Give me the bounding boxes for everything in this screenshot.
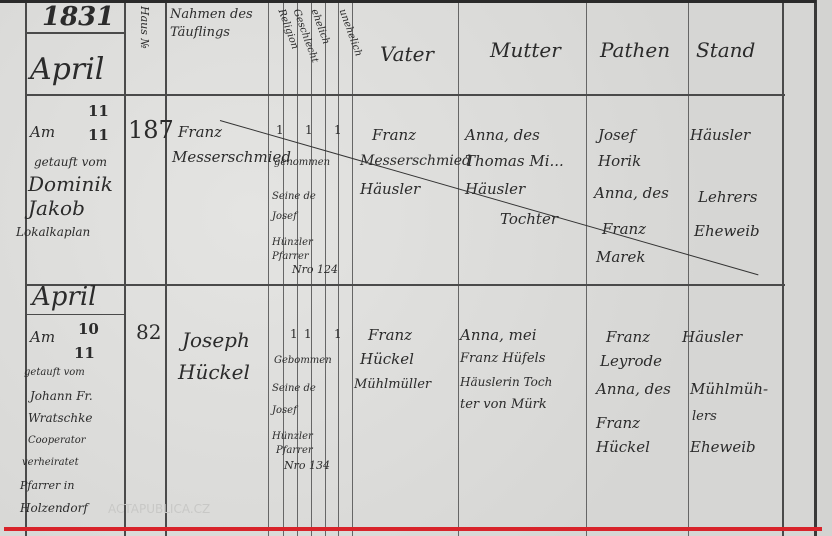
entry1-status-1: Lehrers [698, 190, 757, 205]
rule-date-right [124, 0, 126, 536]
entry1-baptized-by-0: Dominik [28, 174, 113, 194]
entry2-baptized-by-label: getauft vom [24, 368, 85, 378]
entry2-father-1: Hückel [360, 352, 414, 367]
rule-left [25, 0, 27, 536]
entry2-status-2: lers [692, 410, 717, 423]
entry2-mark-2: 1 [304, 328, 312, 340]
rule-status-right [782, 0, 784, 536]
annotation-underline [4, 527, 822, 531]
entry2-status-0: Häusler [682, 330, 742, 345]
entry2-month: April [32, 284, 96, 310]
entry1-house-no: 187 [128, 118, 174, 142]
entry2-godparents-2: Anna, des [596, 382, 671, 397]
entry2-house-no: 82 [136, 322, 161, 342]
entry1-mother-1: Thomas Mi... [465, 154, 564, 169]
entry1-godparents-2: Anna, des [594, 186, 669, 201]
entry1-note-3: Hünzler [272, 238, 313, 248]
entry1-baptized-by-2: Lokalkaplan [16, 226, 90, 238]
entry1-day-born: 11 [88, 104, 109, 119]
entry2-status-1: Mühlmüh- [690, 382, 768, 397]
entry2-mother-2: Häuslerin Toch [460, 376, 552, 388]
entry2-note-2: Josef [272, 406, 297, 416]
entry2-baptized-by-1: Wratschke [28, 412, 93, 424]
entry1-note-5: Nro 124 [292, 264, 338, 275]
rule-top [0, 0, 816, 3]
entry1-father-2: Häusler [360, 182, 420, 197]
entry2-day-born: 10 [78, 322, 99, 337]
rule-month2-bottom [25, 314, 125, 315]
entry2-status-3: Eheweib [690, 440, 756, 455]
entry1-status-0: Häusler [690, 128, 750, 143]
entry2-godparents-0: Franz [606, 330, 650, 345]
entry1-mother-2: Häusler [465, 182, 525, 197]
entry2-baptized-by-0: Johann Fr. [30, 390, 93, 402]
header-house-no: Haus № [139, 6, 150, 49]
entry2-mother-3: ter von Mürk [460, 398, 547, 411]
header-child-name: Nahmen des Täuflings [170, 6, 262, 41]
header-godparents: Pathen [600, 40, 670, 60]
rule-house-right [165, 0, 167, 536]
entry1-note-4: Pfarrer [272, 252, 309, 262]
entry2-mark-1: 1 [290, 328, 298, 340]
entry1-day-baptized: 11 [88, 128, 109, 143]
entry1-godparents-0: Josef [598, 128, 635, 143]
entry2-note-5: Nro 134 [284, 460, 330, 471]
entry2-mother-0: Anna, mei [460, 328, 537, 343]
rule-mother-right [586, 0, 587, 536]
entry2-godparents-4: Hückel [596, 440, 650, 455]
entry1-mother-0: Anna, des [465, 128, 540, 143]
register-page: 1831 Haus № Nahmen des Täuflings Religio… [0, 0, 832, 536]
entry1-note-0: genommen [274, 158, 330, 168]
header-status: Stand [696, 40, 755, 60]
entry2-baptized-by-5: Holzendorf [20, 502, 88, 514]
rule-mark6 [352, 0, 353, 536]
entry1-baptized-by-1: Jakob [28, 198, 85, 218]
entry2-day-prefix: Am [30, 330, 55, 345]
entry1-note-1: Seine de [272, 192, 316, 202]
entry2-mother-1: Franz Hüfels [460, 352, 545, 365]
entry2-baptized-by-4: Pfarrer in [20, 480, 74, 491]
rule-margin [814, 0, 817, 536]
rule-godparents-right [688, 0, 689, 536]
rule-father-right [458, 0, 459, 536]
entry1-day-prefix: Am [30, 125, 55, 140]
entry1-father-0: Franz [372, 128, 416, 143]
entry2-godparents-3: Franz [596, 416, 640, 431]
entry1-mark-3: 1 [334, 124, 342, 136]
header-year: 1831 [42, 4, 114, 30]
entry2-note-4: Pfarrer [276, 446, 313, 456]
entry1-mark-2: 1 [305, 124, 313, 136]
header-illegitimate: unehelich [337, 8, 363, 58]
rule-mark5 [338, 0, 339, 536]
entry2-mark-3: 1 [334, 328, 342, 340]
header-child-name-text: Nahmen des Täuflings [170, 6, 262, 41]
entry1-month: April [30, 55, 104, 85]
rule-name-right [268, 0, 269, 536]
entry2-child-0: Joseph [182, 330, 250, 350]
header-mother: Mutter [490, 40, 561, 60]
entry2-godparents-1: Leyrode [600, 354, 662, 369]
entry2-note-0: Gebommen [274, 356, 332, 366]
page-edge [820, 0, 832, 536]
rule-entry1-bottom [25, 284, 785, 286]
entry2-father-0: Franz [368, 328, 412, 343]
entry2-baptized-by-3: verheiratet [22, 458, 79, 468]
rule-year-bottom [25, 32, 125, 34]
entry1-mark-1: 1 [276, 124, 284, 136]
entry1-godparents-3: Franz [602, 222, 646, 237]
entry1-godparents-4: Marek [596, 250, 645, 265]
entry1-godparents-1: Horik [598, 154, 641, 169]
entry2-note-1: Seine de [272, 384, 316, 394]
entry2-child-1: Hückel [178, 362, 250, 382]
header-father: Vater [380, 44, 434, 64]
entry2-baptized-by-2: Cooperator [28, 436, 86, 446]
entry1-note-2: Josef [272, 212, 297, 222]
entry1-baptized-by-label: getauft vom [34, 156, 107, 168]
watermark: ACTAPUBLICA.CZ [108, 502, 210, 516]
entry1-child-0: Franz [178, 125, 222, 140]
rule-header-bottom [25, 94, 785, 96]
entry2-father-2: Mühlmüller [354, 378, 431, 391]
entry2-note-3: Hünzler [272, 432, 313, 442]
entry1-status-2: Eheweib [694, 224, 760, 239]
entry2-day-baptized: 11 [74, 346, 95, 361]
